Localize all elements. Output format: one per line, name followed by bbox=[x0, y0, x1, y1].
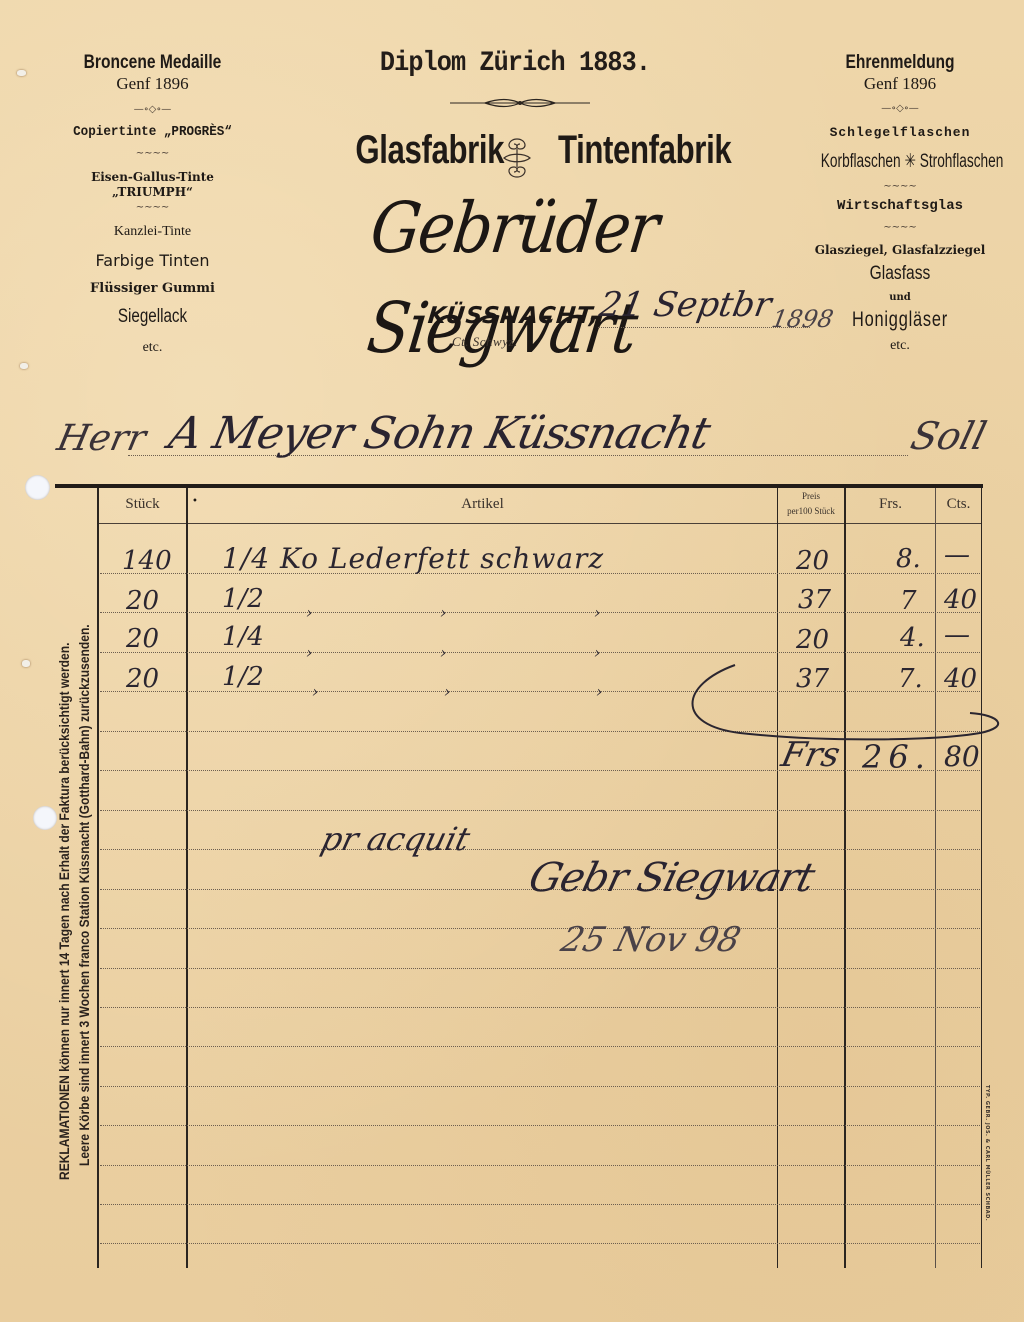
letterhead-left-column: Broncene Medaille Genf 1896 —∘◇∘— Copier… bbox=[40, 52, 265, 362]
punch-hole-top bbox=[25, 475, 50, 500]
receipt-date: 25 Nov 98 bbox=[557, 920, 745, 960]
table-left-border bbox=[97, 488, 99, 1268]
salutation: Herr bbox=[54, 418, 150, 459]
total-cents: 80 bbox=[944, 742, 980, 772]
product-triumph: „TRIUMPH“ bbox=[40, 185, 265, 199]
row-price: 20 bbox=[796, 546, 829, 576]
award-title-left: Broncene Medaille bbox=[60, 52, 245, 74]
ditto-mark: › bbox=[444, 677, 450, 707]
business-glasfabrik: Glasfabrik bbox=[355, 128, 488, 173]
total-francs: 26. bbox=[862, 742, 931, 772]
product-fluessiger-gummi: Flüssiger Gummi bbox=[40, 281, 265, 296]
row-francs: 7 bbox=[900, 586, 917, 616]
product-wirtschaftsglas: Wirtschaftsglas bbox=[790, 198, 1010, 214]
cents-column-divider bbox=[935, 488, 936, 1268]
business-tintenfabrik: Tintenfabrik bbox=[558, 128, 730, 173]
row-article: 1/2 bbox=[222, 662, 264, 692]
row-cents: — bbox=[944, 620, 970, 650]
product-farbige-tinten: Farbige Tinten bbox=[40, 251, 265, 270]
row-article: 1/2 bbox=[222, 584, 264, 614]
wave-divider: ∼∼∼∼ bbox=[40, 148, 265, 159]
qty-column-divider bbox=[186, 488, 188, 1268]
ditto-mark: › bbox=[306, 598, 312, 628]
paper-damage-mark bbox=[22, 660, 30, 667]
row-cents: 40 bbox=[944, 585, 977, 615]
city-name: KÜSSNACHT, bbox=[427, 303, 601, 329]
row-price: 37 bbox=[798, 585, 831, 615]
signature: Gebr Siegwart bbox=[524, 855, 818, 901]
header-cents: Cts. bbox=[936, 496, 981, 513]
table-right-border bbox=[981, 488, 982, 1268]
punch-hole-bottom bbox=[33, 806, 57, 830]
table-header-underline bbox=[98, 523, 982, 524]
acquit-note: pr acquit bbox=[317, 820, 474, 858]
wave-divider: ∼∼∼∼ bbox=[790, 222, 1010, 233]
printer-imprint: TYP. GEBR. JOS. & CARL MÜLLER SCHBAD. bbox=[984, 1085, 990, 1221]
ditto-mark: › bbox=[594, 598, 600, 628]
wave-divider: ∼∼∼∼ bbox=[790, 181, 1010, 192]
award-place-right: Genf 1896 bbox=[790, 74, 1010, 94]
header-francs: Frs. bbox=[846, 496, 935, 513]
product-eisen-gallus: Eisen-Gallus-Tinte bbox=[40, 170, 265, 184]
ditto-mark: › bbox=[594, 638, 600, 668]
row-cents: — bbox=[944, 540, 970, 570]
ditto-mark: › bbox=[312, 677, 318, 707]
ornament-divider-center bbox=[450, 96, 590, 110]
wave-divider: ∼∼∼∼ bbox=[40, 202, 265, 213]
ditto-mark: › bbox=[440, 638, 446, 668]
ornament-divider: —∘◇∘— bbox=[40, 104, 265, 115]
header-qty: Stück bbox=[99, 496, 186, 513]
floral-ornament bbox=[500, 135, 534, 181]
product-siegellack: Siegellack bbox=[63, 306, 243, 328]
row-qty: 20 bbox=[126, 586, 159, 616]
header-article: Artikel bbox=[188, 496, 777, 513]
ditto-mark: › bbox=[440, 598, 446, 628]
product-korb-stroh: Korbflaschen ✳ Strohflaschen bbox=[821, 150, 979, 173]
row-article: 1/4 Ko Lederfett schwarz bbox=[222, 544, 604, 574]
product-honiggläser: Honiggläser bbox=[814, 308, 986, 332]
row-article: 1/4 bbox=[222, 622, 264, 652]
debit-label: Soll bbox=[907, 414, 991, 458]
diploma-heading: Diplom Zürich 1883. bbox=[322, 48, 709, 79]
ornament-divider: —∘◇∘— bbox=[790, 103, 1010, 114]
invoice-date: 21 Septbr bbox=[596, 285, 774, 325]
product-copiertinte: Copiertinte „PROGRÈS“ bbox=[51, 124, 254, 140]
sum-flourish bbox=[680, 655, 1010, 745]
product-schlegelflaschen: Schlegelflaschen bbox=[790, 125, 1010, 140]
paper-damage-mark bbox=[20, 363, 28, 369]
row-qty: 20 bbox=[126, 624, 159, 654]
header-price-line2: per100 Stück bbox=[776, 506, 846, 516]
header-price-line1: Preis bbox=[778, 491, 844, 501]
total-label: Frs bbox=[779, 740, 843, 770]
invoice-page: Broncene Medaille Genf 1896 —∘◇∘— Copier… bbox=[0, 0, 1024, 1322]
canton-name: Ct. Schwyz. bbox=[452, 334, 518, 350]
product-kanzlei-tinte: Kanzlei-Tinte bbox=[40, 224, 265, 240]
claims-notice: REKLAMATIONEN können nur innert 14 Tagen… bbox=[56, 643, 72, 1180]
row-francs: 8. bbox=[896, 544, 921, 574]
award-place-left: Genf 1896 bbox=[40, 74, 265, 94]
basket-return-notice: Leere Körbe sind innert 3 Wochen franco … bbox=[76, 624, 92, 1166]
customer-name: A Meyer Sohn Küssnacht bbox=[165, 408, 715, 459]
row-francs: 4. bbox=[900, 623, 925, 653]
ditto-mark: › bbox=[596, 677, 602, 707]
row-qty: 20 bbox=[126, 664, 159, 694]
product-glasziegel: Glasziegel, Glasfalzziegel bbox=[790, 243, 1010, 257]
ditto-mark: › bbox=[306, 638, 312, 668]
francs-column-divider bbox=[844, 488, 846, 1268]
award-title-right: Ehrenmeldung bbox=[810, 52, 990, 74]
row-price: 20 bbox=[796, 625, 829, 655]
row-qty: 140 bbox=[122, 546, 172, 576]
letterhead-right-column: Ehrenmeldung Genf 1896 —∘◇∘— Schlegelfla… bbox=[790, 52, 1010, 362]
etc-right: etc. bbox=[790, 338, 1010, 354]
etc-left: etc. bbox=[40, 340, 265, 356]
product-glasfass: Glasfass bbox=[810, 263, 990, 285]
product-und: und bbox=[790, 292, 1010, 303]
paper-damage-mark bbox=[17, 70, 26, 76]
